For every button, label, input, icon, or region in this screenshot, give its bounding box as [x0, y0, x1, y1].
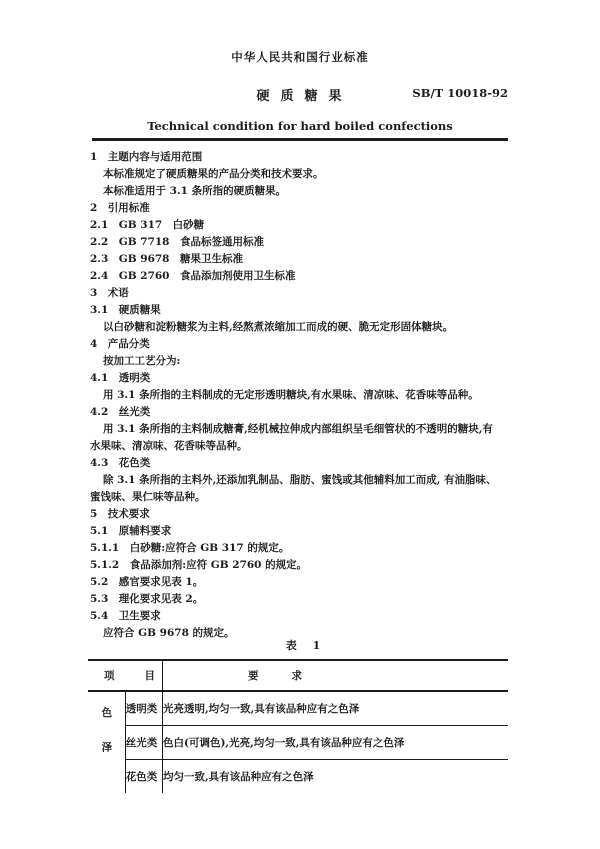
body-line: 5.1.2 食品添加剂:应符 GB 2760 的规定。	[90, 557, 510, 574]
body-line: 4.3 花色类	[90, 455, 510, 472]
document-body: 1 主题内容与适用范围 本标准规定了硬质糖果的产品分类和技术要求。 本标准适用于…	[90, 149, 510, 642]
requirement-cell: 光亮透明,均匀一致,具有该品种应有之色泽	[163, 691, 509, 725]
body-line: 3.1 硬质糖果	[90, 302, 510, 319]
table-group-label: 色泽	[97, 707, 115, 776]
body-line: 4 产品分类	[90, 336, 510, 353]
body-line: 5.3 理化要求见表 2。	[90, 591, 510, 608]
body-line: 2.1 GB 317 白砂糖	[90, 217, 510, 234]
body-line: 除 3.1 条所指的主料外,还添加乳制品、脂肪、蜜饯或其他辅料加工而成, 有油脂…	[90, 472, 510, 489]
table-header-row: 项目 要求	[88, 660, 508, 691]
body-line: 按加工工艺分为:	[90, 353, 510, 370]
body-line: 2.3 GB 9678 糖果卫生标准	[90, 251, 510, 268]
body-line: 2.2 GB 7718 食品标签通用标准	[90, 234, 510, 251]
body-line: 5.4 卫生要求	[90, 608, 510, 625]
body-line: 4.2 丝光类	[90, 404, 510, 421]
body-line: 5.1.1 白砂糖:应符合 GB 317 的规定。	[90, 540, 510, 557]
title-row: 硬质糖果 SB/T 10018-92	[90, 85, 508, 101]
category-cell: 丝光类	[125, 725, 162, 759]
header-rule	[92, 138, 508, 141]
body-line: 水果味、清凉味、花香味等品种。	[90, 438, 510, 455]
document-page: 中华人民共和国行业标准 硬质糖果 SB/T 10018-92 Technical…	[0, 0, 600, 849]
table-row: 色泽 透明类 光亮透明,均匀一致,具有该品种应有之色泽	[88, 691, 508, 725]
body-line: 蜜饯味、果仁味等品种。	[90, 489, 510, 506]
table-group-cell: 色泽	[88, 691, 125, 793]
document-title-en: Technical condition for hard boiled conf…	[0, 119, 600, 133]
standard-number: SB/T 10018-92	[412, 86, 508, 100]
body-line: 4.1 透明类	[90, 370, 510, 387]
body-line: 5 技术要求	[90, 506, 510, 523]
body-line: 5.2 感官要求见表 1。	[90, 574, 510, 591]
requirement-cell: 均匀一致,具有该品种应有之色泽	[163, 759, 509, 793]
sensory-requirements-table: 项目 要求 色泽 透明类 光亮透明,均匀一致,具有该品种应有之色泽 丝光类 色白…	[88, 659, 508, 793]
body-line: 1 主题内容与适用范围	[90, 149, 510, 166]
body-line: 2 引用标准	[90, 200, 510, 217]
table-caption: 表 1	[0, 637, 600, 653]
body-line: 用 3.1 条所指的主料制成的无定形透明糖块,有水果味、清凉味、花香味等品种。	[90, 387, 510, 404]
table-row: 花色类 均匀一致,具有该品种应有之色泽	[88, 759, 508, 793]
body-line: 用 3.1 条所指的主料制成糖膏,经机械拉伸成内部组织呈毛细管状的不透明的糖块,…	[90, 421, 510, 438]
category-cell: 透明类	[125, 691, 162, 725]
standard-category-line: 中华人民共和国行业标准	[0, 49, 600, 65]
body-line: 以白砂糖和淀粉糖浆为主料,经熬煮浓缩加工而成的硬、脆无定形固体糖块。	[90, 319, 510, 336]
body-line: 5.1 原辅料要求	[90, 523, 510, 540]
table-header-requirement: 要求	[163, 660, 509, 691]
body-line: 本标准适用于 3.1 条所指的硬质糖果。	[90, 183, 510, 200]
body-line: 本标准规定了硬质糖果的产品分类和技术要求。	[90, 166, 510, 183]
body-line: 2.4 GB 2760 食品添加剂使用卫生标准	[90, 268, 510, 285]
body-line: 3 术语	[90, 285, 510, 302]
requirement-cell: 色白(可调色),光亮,均匀一致,具有该品种应有之色泽	[163, 725, 509, 759]
table-row: 丝光类 色白(可调色),光亮,均匀一致,具有该品种应有之色泽	[88, 725, 508, 759]
table-header-item: 项目	[88, 660, 163, 691]
category-cell: 花色类	[125, 759, 162, 793]
